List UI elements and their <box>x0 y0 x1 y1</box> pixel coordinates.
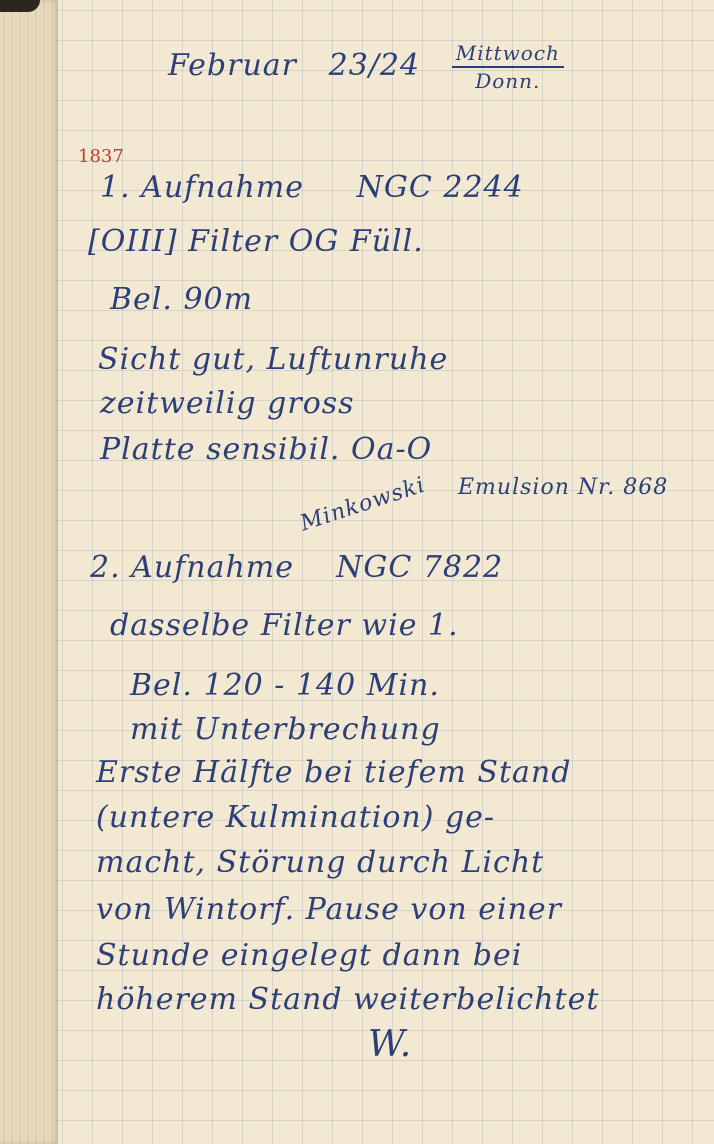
entry-2-line: Bel. 120 - 140 Min. <box>130 668 440 703</box>
entry-2-line: Stunde eingelegt dann bei <box>96 938 522 973</box>
header-line: Februar 23/24 Mittwoch Donn. <box>168 40 564 94</box>
entry-1-initials: Minkowski <box>297 473 428 537</box>
notebook-page: Februar 23/24 Mittwoch Donn. 1837 1. Auf… <box>58 0 714 1144</box>
entry-2-signature: W. <box>368 1024 412 1065</box>
entry-1-title: 1. Aufnahme <box>100 170 304 205</box>
entry-1-object: NGC 2244 <box>357 170 524 205</box>
entry-2-line: von Wintorf. Pause von einer <box>96 892 562 927</box>
entry-2-title: 2. Aufnahme <box>90 550 294 585</box>
entry-1-line: Sicht gut, Luftunruhe <box>98 342 448 377</box>
entry-1-line: Bel. 90m <box>110 282 253 317</box>
margin-number: 1837 <box>78 146 124 167</box>
header-date: 23/24 <box>329 48 420 83</box>
header-month: Februar <box>168 48 297 83</box>
entry-2-line: höherem Stand weiterbelichtet <box>96 982 599 1017</box>
entry-2-line: (untere Kulmination) ge- <box>96 800 495 835</box>
entry-2-line: dasselbe Filter wie 1. <box>110 608 459 643</box>
entry-1-line: Emulsion Nr. 868 <box>458 475 668 500</box>
entry-2-title-line: 2. Aufnahme NGC 7822 <box>90 550 503 585</box>
entry-1-line: [OIII] Filter OG Füll. <box>88 224 424 259</box>
entry-2-object: NGC 7822 <box>336 550 503 585</box>
weekday-top: Mittwoch <box>452 40 564 68</box>
entry-2-line: mit Unterbrechung <box>130 712 441 747</box>
entry-2-line: macht, Störung durch Licht <box>96 845 544 880</box>
entry-2-line: Erste Hälfte bei tiefem Stand <box>96 755 571 790</box>
weekday-bottom: Donn. <box>475 68 540 94</box>
entry-1-line: zeitweilig gross <box>100 386 355 421</box>
book-page-edges <box>0 0 58 1144</box>
entry-1-title-line: 1. Aufnahme NGC 2244 <box>100 170 524 205</box>
entry-1-line: Platte sensibil. Oa-O <box>100 432 432 467</box>
header-weekdays: Mittwoch Donn. <box>452 40 564 94</box>
